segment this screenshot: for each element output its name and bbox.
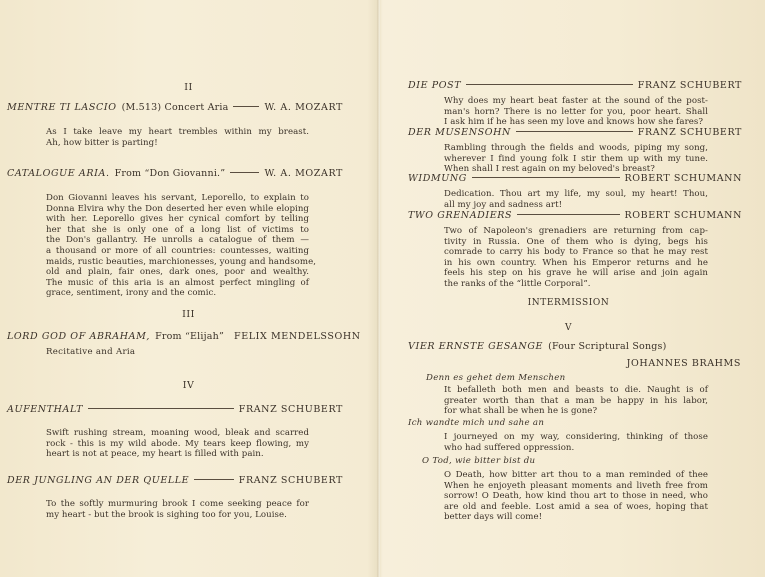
song-description: To the softly murmuring brook I come see… (46, 499, 309, 520)
song-heading: O Tod, wie bitter bist du (422, 456, 535, 466)
description-line: heart is not at peace, my heart is fille… (46, 449, 309, 460)
description-line: Why does my heart beat faster at the sou… (444, 96, 708, 107)
song-title: TWO GRENADIERS (408, 210, 512, 221)
section-numeral-ii: II (0, 82, 377, 93)
leader-line (472, 177, 620, 178)
left-page: II MENTRE TI LASCIO (M.513) Concert Aria… (0, 0, 377, 577)
description-line: all my joy and sadness art! (444, 200, 708, 211)
description-line: with her. Leporello gives her cynical co… (46, 214, 309, 225)
program-item-catalogue: CATALOGUE ARIA. From “Don Giovanni.” W. … (7, 168, 343, 179)
program-item-vier-ernste: VIER ERNSTE GESANGE (Four Scriptural Son… (408, 341, 742, 352)
description-line: the Don's gallantry. He unrolls a catalo… (46, 235, 309, 246)
song-title: VIER ERNSTE GESANGE (408, 341, 543, 352)
program-item-musensohn: DER MUSENSOHN FRANZ SCHUBERT (408, 127, 742, 138)
description-line: grace, sentiment, irony and the comic. (46, 288, 309, 299)
description-line: To the softly murmuring brook I come see… (46, 499, 309, 510)
description-line: Rambling through the fields and woods, p… (444, 143, 708, 154)
leader-line (517, 214, 619, 215)
description-line: tivity in Russia. One of them who is dyi… (444, 237, 708, 248)
section-numeral-iii: III (0, 309, 377, 320)
song-title: LORD GOD OF ABRAHAM, (7, 331, 150, 342)
description-line: Don Giovanni leaves his servant, Leporel… (46, 193, 309, 204)
composer-name: W. A. MOZART (264, 102, 343, 113)
composer-name: ROBERT SCHUMANN (625, 210, 742, 221)
composer-name: ROBERT SCHUMANN (625, 173, 742, 184)
song-title: DER MUSENSOHN (408, 127, 511, 138)
song-description: Why does my heart beat faster at the sou… (444, 96, 708, 128)
description-line: Swift rushing stream, moaning wood, blea… (46, 428, 309, 439)
leader-line (233, 106, 259, 107)
leader-line (230, 172, 259, 173)
song-description: Rambling through the fields and woods, p… (444, 143, 708, 175)
song-subtitle: From “Elijah” (155, 331, 224, 342)
section-numeral-v: V (376, 323, 761, 333)
song-description: It befalleth both men and beasts to die.… (444, 385, 708, 417)
description-line: her that she is only one of a long list … (46, 225, 309, 236)
program-item-grenadiers: TWO GRENADIERS ROBERT SCHUMANN (408, 210, 742, 221)
song-description: Swift rushing stream, moaning wood, blea… (46, 428, 309, 460)
composer-name: FRANZ SCHUBERT (638, 127, 742, 138)
program-item-mentre: MENTRE TI LASCIO (M.513) Concert Aria W.… (7, 102, 343, 113)
description-line: comrade to carry his body to France so t… (444, 247, 708, 258)
section-numeral-iv: IV (0, 380, 377, 391)
program-item-widmung: WIDMUNG ROBERT SCHUMANN (408, 173, 742, 184)
song-subtitle: From “Don Giovanni.” (115, 168, 226, 179)
song-description: Two of Napoleon's grenadiers are returni… (444, 226, 708, 290)
song-description: Dedication. Thou art my life, my soul, m… (444, 189, 708, 210)
composer-name: FRANZ SCHUBERT (239, 404, 343, 415)
song-title: CATALOGUE ARIA. (7, 168, 110, 179)
description-line: feels his step on his grave he will aris… (444, 268, 708, 279)
description-line: better days will come! (444, 512, 708, 523)
composer-name: W. A. MOZART (264, 168, 343, 179)
description-line: rock - this is my wild abode. My tears k… (46, 439, 309, 450)
description-line: for what shall be when he is gone? (444, 406, 708, 417)
description-line: a thousand or more of all countries: cou… (46, 246, 309, 257)
description-line: maids, rustic beauties, marchionesses, y… (46, 257, 309, 268)
song-heading: Ich wandte mich und sahe an (408, 418, 544, 428)
song-description: Don Giovanni leaves his servant, Leporel… (46, 193, 309, 299)
leader-line (194, 479, 234, 480)
song-title: MENTRE TI LASCIO (7, 102, 117, 113)
description-line: the ranks of the “little Corporal”. (444, 279, 708, 290)
song-description: O Death, how bitter art thou to a man re… (444, 470, 708, 523)
description-line: The music of this aria is an almost perf… (46, 278, 309, 289)
program-item-jungling: DER JUNGLING AN DER QUELLE FRANZ SCHUBER… (7, 475, 343, 486)
description-line: my heart - but the brook is sighing too … (46, 510, 309, 521)
song-title: DIE POST (408, 80, 461, 91)
description-line: It befalleth both men and beasts to die.… (444, 385, 708, 396)
song-description: As I take leave my heart trembles within… (46, 127, 309, 148)
intermission-heading: INTERMISSION (376, 298, 761, 308)
composer-name: FRANZ SCHUBERT (239, 475, 343, 486)
song-title: AUFENTHALT (7, 404, 83, 415)
leader-line (88, 408, 234, 409)
description-line: Two of Napoleon's grenadiers are returni… (444, 226, 708, 237)
composer-name: FELIX MENDELSSOHN (234, 331, 361, 342)
song-subtitle: (Four Scriptural Songs) (548, 341, 666, 352)
description-line: Dedication. Thou art my life, my soul, m… (444, 189, 708, 200)
song-note: Recitative and Aria (46, 347, 135, 357)
song-description: I journeyed on my way, considering, thin… (444, 432, 708, 453)
description-line: man's horn? There is no letter for you, … (444, 107, 708, 118)
song-title: DER JUNGLING AN DER QUELLE (7, 475, 189, 486)
description-line: in his own country. When his Emperor ret… (444, 258, 708, 269)
description-line: old and plain, fair ones, dark ones, poo… (46, 267, 309, 278)
leader-line (466, 84, 633, 85)
program-item-aufenthalt: AUFENTHALT FRANZ SCHUBERT (7, 404, 343, 415)
description-line: Ah, how bitter is parting! (46, 138, 309, 149)
right-page: DIE POST FRANZ SCHUBERT Why does my hear… (380, 0, 765, 577)
song-subtitle: (M.513) Concert Aria (122, 102, 229, 113)
description-line: Donna Elvira why the Don deserted her ev… (46, 204, 309, 215)
description-line: O Death, how bitter art thou to a man re… (444, 470, 708, 481)
program-item-die-post: DIE POST FRANZ SCHUBERT (408, 80, 742, 91)
song-heading: Denn es gehet dem Menschen (426, 373, 565, 383)
description-line: sorrow! O Death, how kind thou art to th… (444, 491, 708, 502)
description-line: who had suffered oppression. (444, 443, 708, 454)
program-item-lord-god: LORD GOD OF ABRAHAM, From “Elijah” FELIX… (7, 331, 343, 342)
description-line: When he enjoyeth pleasant moments and li… (444, 481, 708, 492)
leader-line (516, 131, 633, 132)
composer-name: JOHANNES BRAHMS (627, 358, 741, 369)
description-line: are old and feeble. Lost amid a sea of w… (444, 502, 708, 513)
description-line: wherever I find young folk I stir them u… (444, 154, 708, 165)
description-line: I journeyed on my way, considering, thin… (444, 432, 708, 443)
description-line: greater worth than that a man be happy i… (444, 396, 708, 407)
description-line: As I take leave my heart trembles within… (46, 127, 309, 138)
composer-name: FRANZ SCHUBERT (638, 80, 742, 91)
song-title: WIDMUNG (408, 173, 467, 184)
